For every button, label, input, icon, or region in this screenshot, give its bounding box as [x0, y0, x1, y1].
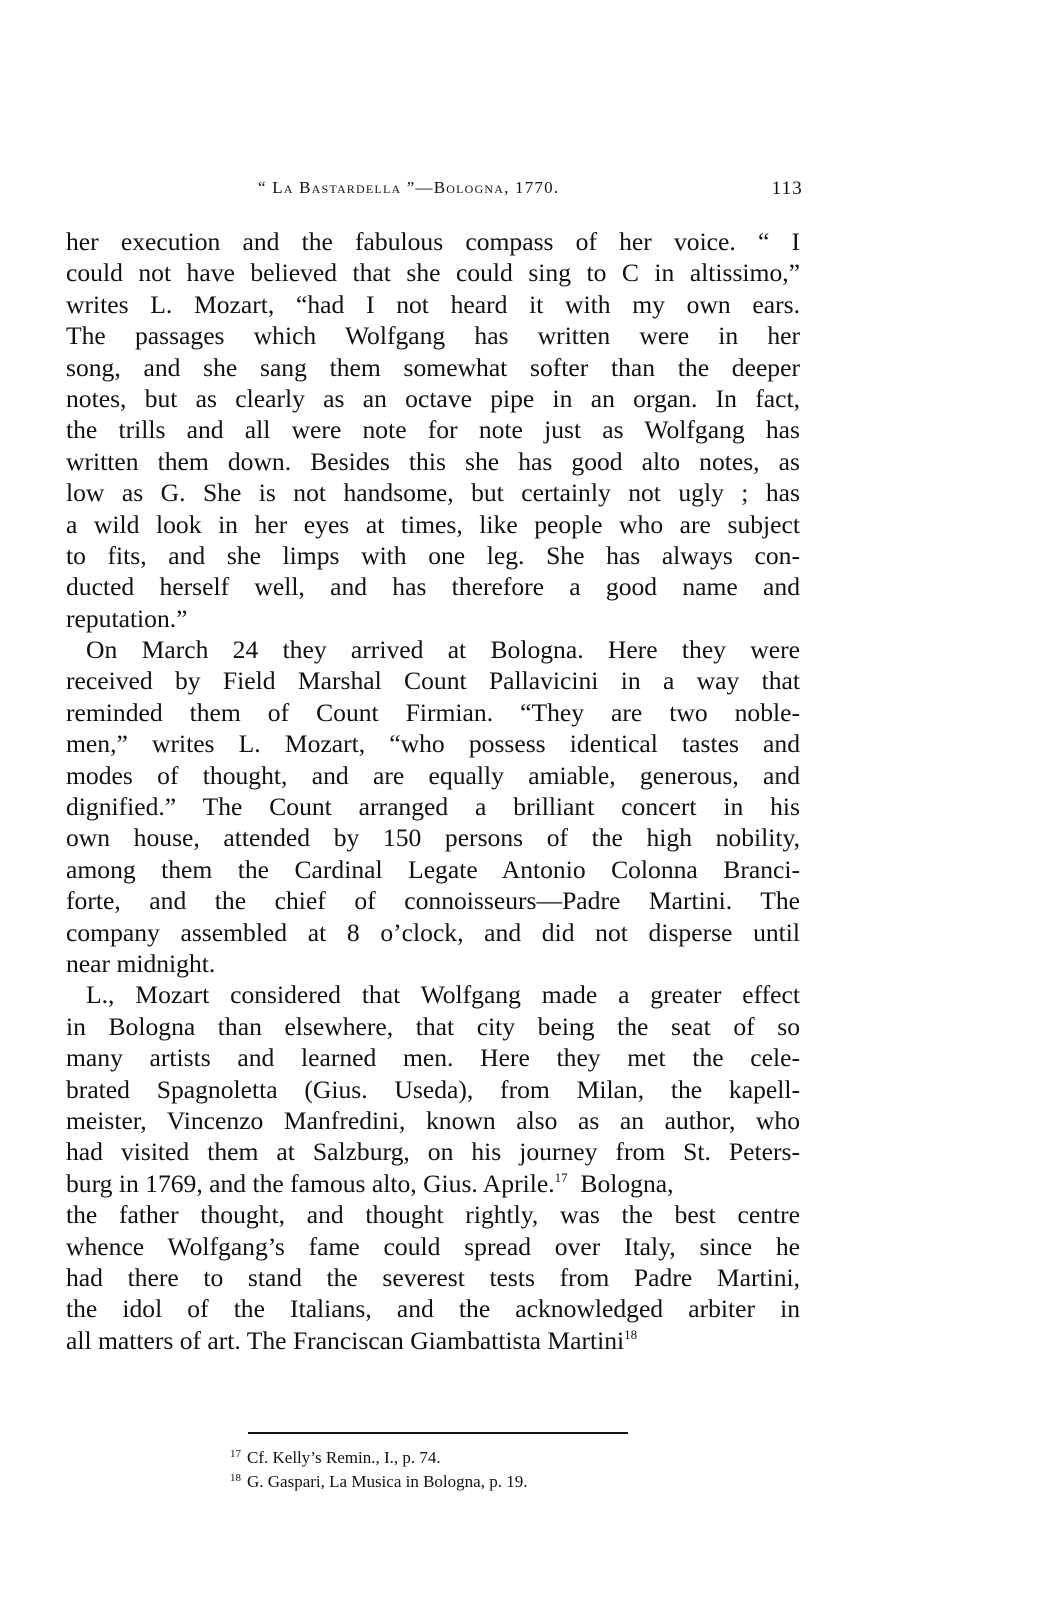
paragraph-start-line: On March 24 they arrived at Bologna. Her… [66, 634, 800, 665]
footnote-17: 17Cf. Kelly’s Remin., I., p. 74. [230, 1446, 730, 1470]
text-line: song, and she sang them somewhat softer … [66, 352, 800, 383]
running-title: “ La Bastardella ”—Bologna, 1770. [258, 178, 559, 197]
text-line: the idol of the Italians, and the acknow… [66, 1293, 800, 1324]
text-line: received by Field Marshal Count Pallavic… [66, 665, 800, 696]
text-line: written them down. Besides this she has … [66, 446, 800, 477]
text-line: reputation.” [66, 603, 800, 634]
running-head: “ La Bastardella ”—Bologna, 1770. 113 [258, 178, 803, 198]
text-segment: burg in 1769, and the famous alto, Gius.… [66, 1169, 555, 1198]
text-line: low as G. She is not handsome, but certa… [66, 477, 800, 508]
text-segment: Bologna, [568, 1169, 674, 1198]
text-line: The passages which Wolfgang has written … [66, 320, 800, 351]
book-page: “ La Bastardella ”—Bologna, 1770. 113 he… [0, 0, 1037, 1600]
footnote-18: 18G. Gaspari, La Musica in Bologna, p. 1… [230, 1470, 730, 1494]
text-line: whence Wolfgang’s fame could spread over… [66, 1231, 800, 1262]
text-line: men,” writes L. Mozart, “who possess ide… [66, 728, 800, 759]
footnote-marker: 18 [230, 1472, 241, 1484]
text-line: writes L. Mozart, “had I not heard it wi… [66, 289, 800, 320]
text-line: dignified.” The Count arranged a brillia… [66, 791, 800, 822]
footnote-marker: 17 [230, 1448, 241, 1460]
footnote-divider [248, 1432, 628, 1434]
text-line: her execution and the fabulous compass o… [66, 226, 800, 257]
text-line: could not have believed that she could s… [66, 257, 800, 288]
text-line: company assembled at 8 o’clock, and did … [66, 917, 800, 948]
text-line-with-note: burg in 1769, and the famous alto, Gius.… [66, 1168, 800, 1199]
text-line: the father thought, and thought rightly,… [66, 1199, 800, 1230]
footnote-ref-17[interactable]: 17 [555, 1170, 568, 1185]
footnote-ref-18[interactable]: 18 [624, 1327, 637, 1342]
text-line: to fits, and she limps with one leg. She… [66, 540, 800, 571]
text-line: modes of thought, and are equally amiabl… [66, 760, 800, 791]
footnotes: 17Cf. Kelly’s Remin., I., p. 74. 18G. Ga… [230, 1446, 730, 1494]
paragraph-start-line: L., Mozart considered that Wolfgang made… [66, 979, 800, 1010]
text-line: near midnight. [66, 948, 800, 979]
text-line: meister, Vincenzo Manfredini, known also… [66, 1105, 800, 1136]
text-line: had visited them at Salzburg, on his jou… [66, 1136, 800, 1167]
body-text: her execution and the fabulous compass o… [66, 226, 800, 1356]
text-line: notes, but as clearly as an octave pipe … [66, 383, 800, 414]
text-line: ducted herself well, and has therefore a… [66, 571, 800, 602]
text-line: had there to stand the severest tests fr… [66, 1262, 800, 1293]
text-line: many artists and learned men. Here they … [66, 1042, 800, 1073]
text-line: brated Spagnoletta (Gius. Useda), from M… [66, 1074, 800, 1105]
text-segment: all matters of art. The Franciscan Giamb… [66, 1326, 624, 1355]
text-line: reminded them of Count Firmian. “They ar… [66, 697, 800, 728]
text-line-with-note: all matters of art. The Franciscan Giamb… [66, 1325, 800, 1356]
text-line: own house, attended by 150 persons of th… [66, 822, 800, 853]
text-line: in Bologna than elsewhere, that city bei… [66, 1011, 800, 1042]
text-line: a wild look in her eyes at times, like p… [66, 509, 800, 540]
footnote-text: Cf. Kelly’s Remin., I., p. 74. [247, 1448, 441, 1467]
text-line: forte, and the chief of connoisseurs—Pad… [66, 885, 800, 916]
text-line: the trills and all were note for note ju… [66, 414, 800, 445]
page-number: 113 [772, 178, 803, 200]
text-line: among them the Cardinal Legate Antonio C… [66, 854, 800, 885]
footnote-text: G. Gaspari, La Musica in Bologna, p. 19. [247, 1472, 527, 1491]
